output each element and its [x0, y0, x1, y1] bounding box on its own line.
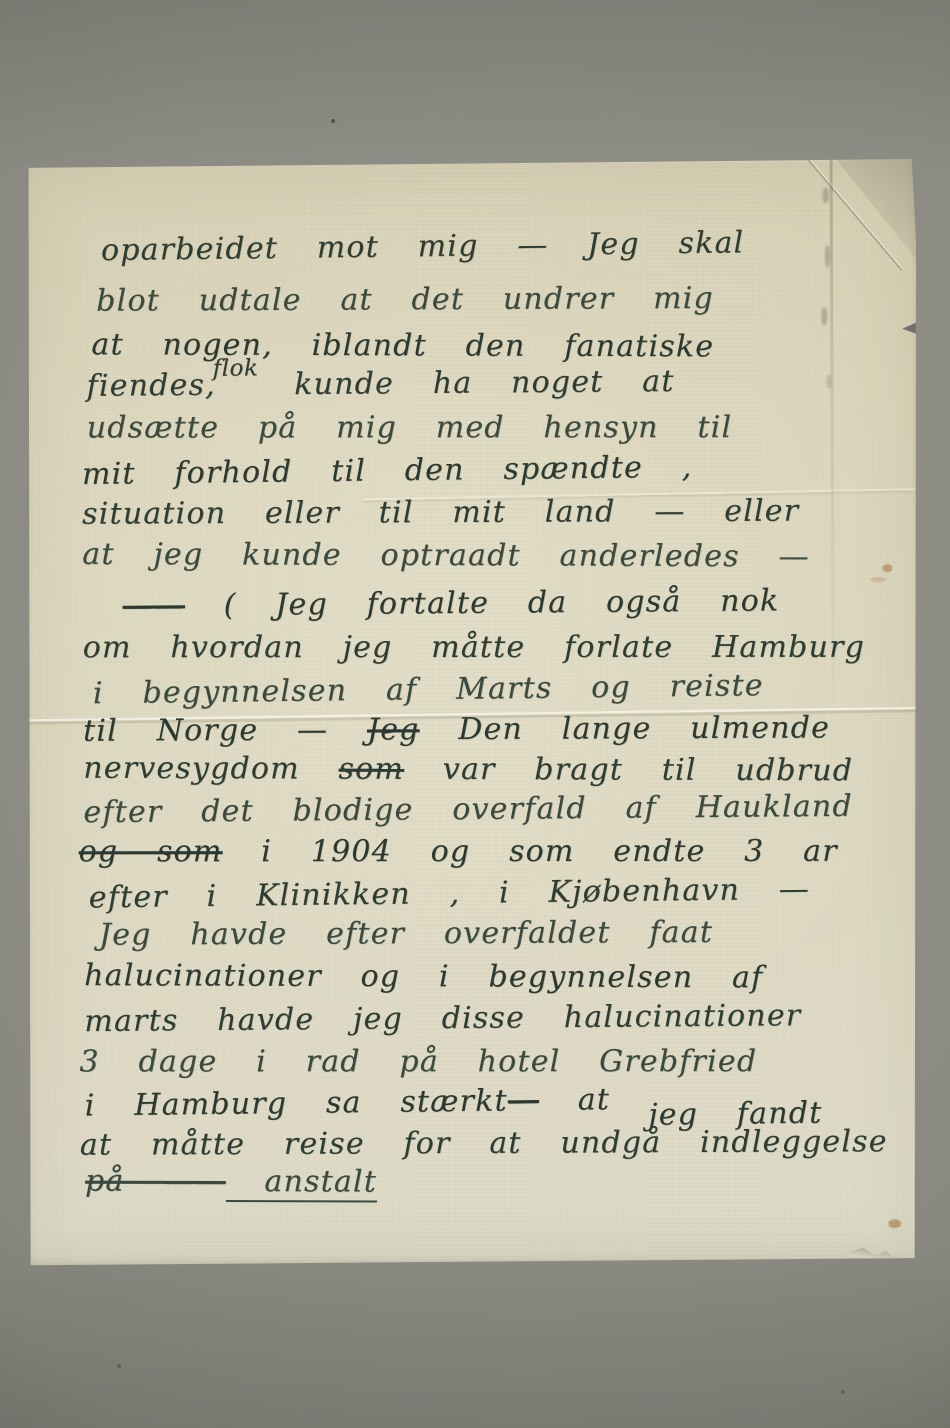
text-segment: og som — [79, 834, 223, 869]
manuscript-line: at jeg kunde optraadt anderledes — — [82, 537, 809, 574]
manuscript-line: udsætte på mig med hensyn til — [87, 410, 733, 445]
manuscript-line: på —— anstalt — [85, 1164, 377, 1200]
handwritten-text: oparbeidet mot mig — Jeg skalblot udtale… — [24, 159, 922, 1267]
manuscript-line: i Hamburg sa stærkt— atjeg fandt — [85, 1080, 823, 1124]
manuscript-line: mit forhold til den spændte , — [82, 450, 693, 492]
manuscript-page: oparbeidet mot mig — Jeg skalblot udtale… — [24, 159, 922, 1267]
text-segment: situation eller til mit land — eller — [82, 494, 799, 532]
text-segment: efter det blodige overfald af Haukland — [83, 789, 853, 830]
manuscript-line: blot udtale at det undrer mig — [96, 281, 714, 319]
text-segment: kunde ha noget at — [255, 364, 674, 402]
text-segment: halucinationer og i begynnelsen af — [84, 958, 763, 995]
text-segment: Jeg — [367, 712, 420, 747]
manuscript-line: at måtte reise for at undgå indleggelse — [80, 1124, 888, 1163]
dust-speck — [331, 119, 335, 123]
text-segment: til Norge — — [83, 712, 367, 748]
text-segment: som — [339, 752, 405, 787]
text-segment: i Hamburg sa stærkt — [85, 1083, 508, 1123]
text-segment: at — [539, 1082, 610, 1118]
text-segment: Jeg havde efter overfaldet faat — [99, 915, 713, 953]
manuscript-line: om hvordan jeg måtte forlate Hamburg — [83, 630, 865, 665]
manuscript-line: at nogen, iblandt den fanatiske — [91, 327, 714, 364]
text-segment: mit forhold til den spændte , — [82, 450, 693, 492]
manuscript-line: i begynnelsen af Marts og reiste — [93, 668, 764, 711]
manuscript-line: halucinationer og i begynnelsen af — [84, 958, 763, 995]
text-segment: anstalt — [226, 1164, 377, 1203]
text-segment: i 1904 og som endte 3 ar — [223, 834, 838, 869]
text-segment: på —— — [85, 1164, 226, 1199]
manuscript-line: —— ( Jeg fortalte da også nok — [122, 583, 779, 623]
text-segment: flok — [213, 355, 259, 381]
text-segment: at måtte reise for at undgå indleggelse — [80, 1124, 888, 1163]
manuscript-line: efter det blodige overfald af Haukland — [83, 789, 853, 830]
text-segment: —— — [122, 588, 185, 624]
text-segment: oparbeidet mot mig — Jeg skal — [101, 225, 745, 268]
text-segment: at jeg kunde optraadt anderledes — — [82, 537, 809, 574]
manuscript-line: oparbeidet mot mig — Jeg skal — [101, 225, 745, 268]
text-segment: om hvordan jeg måtte forlate Hamburg — [83, 630, 865, 665]
manuscript-line: til Norge — Jeg Den lange ulmende — [83, 710, 830, 748]
manuscript-line: Jeg havde efter overfaldet faat — [99, 915, 713, 953]
manuscript-line: 3 dage i rad på hotel Grebfried — [80, 1044, 758, 1079]
photograph-of-letter: oparbeidet mot mig — Jeg skalblot udtale… — [0, 0, 950, 1428]
manuscript-line: nervesygdom som var bragt til udbrud — [83, 751, 853, 789]
text-segment: efter i Klinikken , i Kjøbenhavn — — [89, 872, 811, 916]
dust-speck — [841, 1390, 845, 1394]
text-segment: ( Jeg fortalte da også nok — [185, 583, 780, 623]
text-segment: udsætte på mig med hensyn til — [87, 410, 733, 445]
text-segment: marts havde jeg disse halucinationer — [84, 998, 801, 1039]
manuscript-line: fiendes,flok kunde ha noget at — [86, 364, 674, 404]
text-segment: nervesygdom — [83, 751, 338, 787]
dust-speck — [117, 1364, 121, 1368]
manuscript-line: efter i Klinikken , i Kjøbenhavn — — [89, 872, 811, 916]
text-segment: at nogen, iblandt den fanatiske — [91, 327, 714, 364]
text-segment: — — [508, 1083, 540, 1118]
manuscript-line: situation eller til mit land — eller — [82, 494, 799, 532]
manuscript-line: og som i 1904 og som endte 3 ar — [79, 834, 838, 869]
text-segment: Den lange ulmende — [419, 710, 830, 747]
text-segment: fiendes, — [86, 368, 216, 404]
text-segment: 3 dage i rad på hotel Grebfried — [80, 1044, 758, 1079]
text-segment: i begynnelsen af Marts og reiste — [93, 668, 764, 711]
text-segment: var bragt til udbrud — [404, 752, 853, 788]
text-segment: blot udtale at det undrer mig — [96, 281, 714, 319]
manuscript-line: marts havde jeg disse halucinationer — [84, 998, 801, 1039]
